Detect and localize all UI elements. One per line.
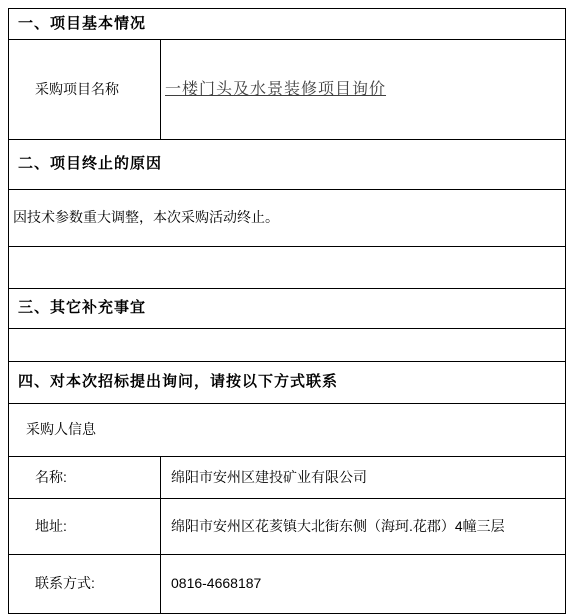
section4-title: 四、对本次招标提出询问，请按以下方式联系 [9, 362, 338, 403]
contact-phone-label: 联系方式: [9, 555, 161, 613]
contact-name-row: 名称: 绵阳市安州区建投矿业有限公司 [9, 457, 565, 499]
contact-address-label: 地址: [9, 499, 161, 554]
section3-header-row: 三、其它补充事宜 [9, 289, 565, 329]
section2-empty-cell [9, 247, 565, 288]
section4-header-row: 四、对本次招标提出询问，请按以下方式联系 [9, 362, 565, 404]
section3-title: 三、其它补充事宜 [9, 289, 146, 328]
buyer-info-row: 采购人信息 [9, 404, 565, 457]
section2-header-row: 二、项目终止的原因 [9, 140, 565, 190]
project-name-row: 采购项目名称 一楼门头及水景装修项目询价 [9, 40, 565, 140]
buyer-info-label: 采购人信息 [9, 404, 565, 456]
contact-phone-row: 联系方式: 0816-4668187 [9, 555, 565, 613]
section1-header-row: 一、项目基本情况 [9, 9, 565, 40]
termination-reason-text: 因技术参数重大调整，本次采购活动终止。 [9, 190, 565, 246]
contact-address-row: 地址: 绵阳市安州区花荄镇大北街东侧（海珂.花郡）4幢三层 [9, 499, 565, 555]
project-name-label: 采购项目名称 [9, 40, 161, 139]
contact-address-value: 绵阳市安州区花荄镇大北街东侧（海珂.花郡）4幢三层 [161, 499, 565, 554]
contact-name-label: 名称: [9, 457, 161, 498]
contact-name-value: 绵阳市安州区建投矿业有限公司 [161, 457, 565, 498]
contact-phone-value: 0816-4668187 [161, 555, 565, 613]
section2-title: 二、项目终止的原因 [9, 140, 162, 189]
project-name-value-cell: 一楼门头及水景装修项目询价 [161, 40, 565, 139]
termination-reason-row: 因技术参数重大调整，本次采购活动终止。 [9, 190, 565, 247]
section2-empty-row [9, 247, 565, 289]
project-name-link[interactable]: 一楼门头及水景装修项目询价 [165, 80, 386, 100]
section1-title: 一、项目基本情况 [9, 9, 146, 39]
section3-empty-row [9, 329, 565, 362]
termination-notice-table: 一、项目基本情况 采购项目名称 一楼门头及水景装修项目询价 二、项目终止的原因 … [8, 8, 566, 614]
section3-empty-cell [9, 329, 565, 361]
